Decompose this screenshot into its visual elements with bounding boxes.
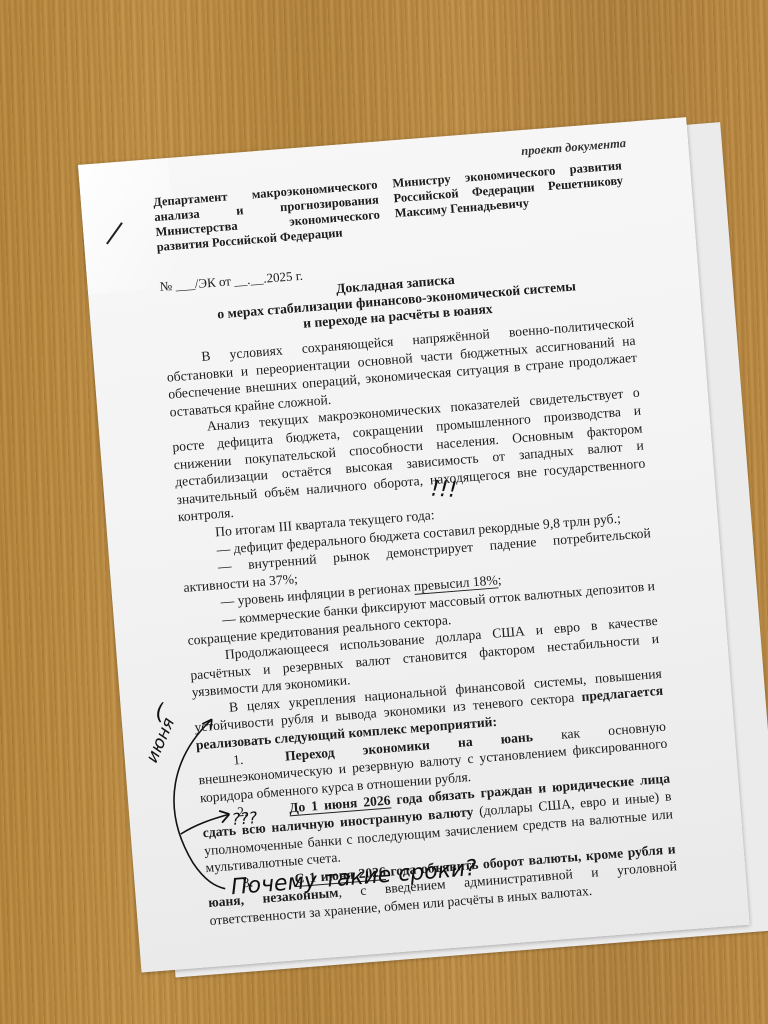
document-header: Департамент макроэкономического анализа … xyxy=(153,158,626,255)
draft-label: проект документа xyxy=(521,136,627,159)
handwritten-exclamations: !!! xyxy=(430,477,458,504)
sender-block: Департамент макроэкономического анализа … xyxy=(153,178,382,255)
bullet-text: ; xyxy=(497,572,502,587)
recipient-block: Министру экономического развития Российс… xyxy=(392,158,626,236)
handwritten-arrow-icon xyxy=(141,709,255,896)
document-page: проект документа Департамент макроэконом… xyxy=(78,117,750,972)
